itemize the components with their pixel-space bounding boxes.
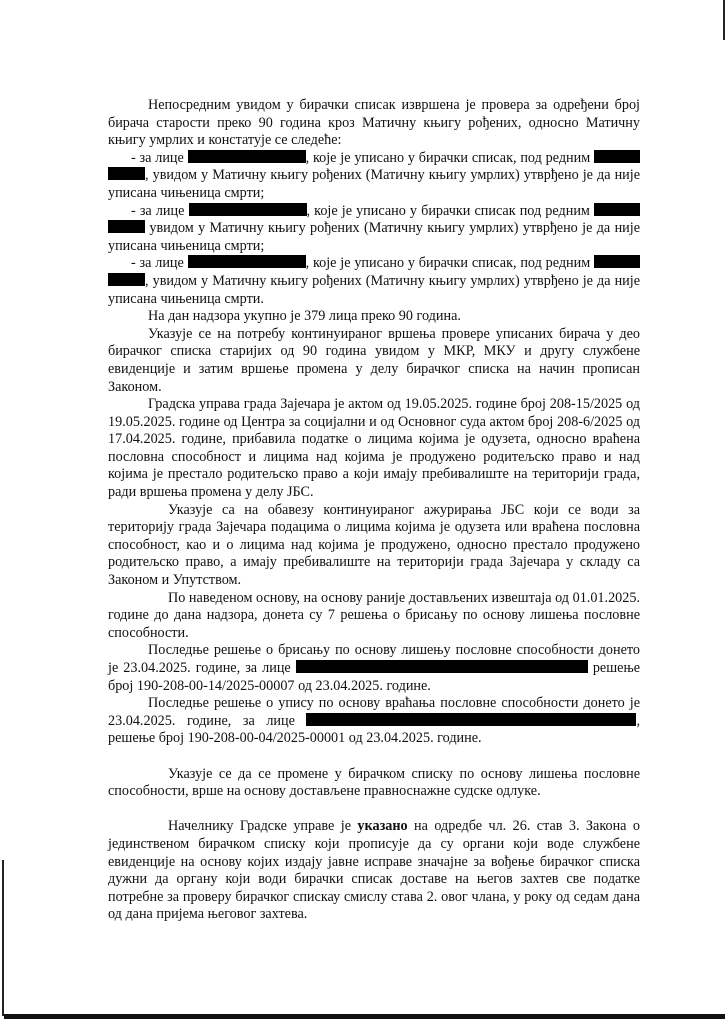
paragraph-city-admin: Градска управа града Зајечара је актом о… bbox=[108, 396, 640, 502]
redacted-name bbox=[189, 203, 307, 216]
list-item: - за лице , које је уписано у бирачки сп… bbox=[108, 150, 640, 203]
redacted-number bbox=[108, 167, 145, 180]
emphasis-text: указано bbox=[357, 818, 407, 834]
paragraph-last-deletion: Последње решење о брисању по основу лише… bbox=[108, 642, 640, 695]
scan-edge-left bbox=[2, 860, 4, 1016]
paragraph-decisions: По наведеном основу, на основу раније до… bbox=[108, 590, 640, 643]
document-page: Непосредним увидом у бирачки списак извр… bbox=[0, 0, 725, 1024]
paragraph-head-notice: Начелнику Градске управе је указано на о… bbox=[108, 818, 640, 924]
paragraph-continuous-check: Указује се на потребу континуираног врше… bbox=[108, 326, 640, 396]
paragraph-last-entry: Последње решење о упису по основу враћањ… bbox=[108, 695, 640, 748]
spacer bbox=[108, 801, 640, 819]
redacted-number bbox=[108, 220, 145, 233]
redacted-number bbox=[594, 150, 640, 163]
scan-edge-bottom bbox=[4, 1014, 725, 1019]
paragraph-court-decision: Указује се да се промене у бирачком спис… bbox=[108, 766, 640, 801]
redacted-number bbox=[594, 203, 640, 216]
redacted-name bbox=[188, 150, 306, 163]
redacted-name bbox=[296, 660, 588, 673]
document-body: Непосредним увидом у бирачки списак извр… bbox=[108, 97, 640, 924]
redacted-number bbox=[594, 255, 640, 268]
redacted-number bbox=[108, 273, 145, 286]
paragraph-intro: Непосредним увидом у бирачки списак извр… bbox=[108, 97, 640, 150]
spacer bbox=[108, 748, 640, 766]
redacted-name bbox=[188, 255, 306, 268]
redacted-name bbox=[306, 713, 636, 726]
list-item: - за лице , које је уписано у бирачки сп… bbox=[108, 203, 640, 256]
paragraph-obligation: Указује са на обавезу континуираног ажур… bbox=[108, 502, 640, 590]
paragraph-total: На дан надзора укупно је 379 лица преко … bbox=[108, 308, 640, 326]
list-item: - за лице , које је уписано у бирачки сп… bbox=[108, 255, 640, 308]
